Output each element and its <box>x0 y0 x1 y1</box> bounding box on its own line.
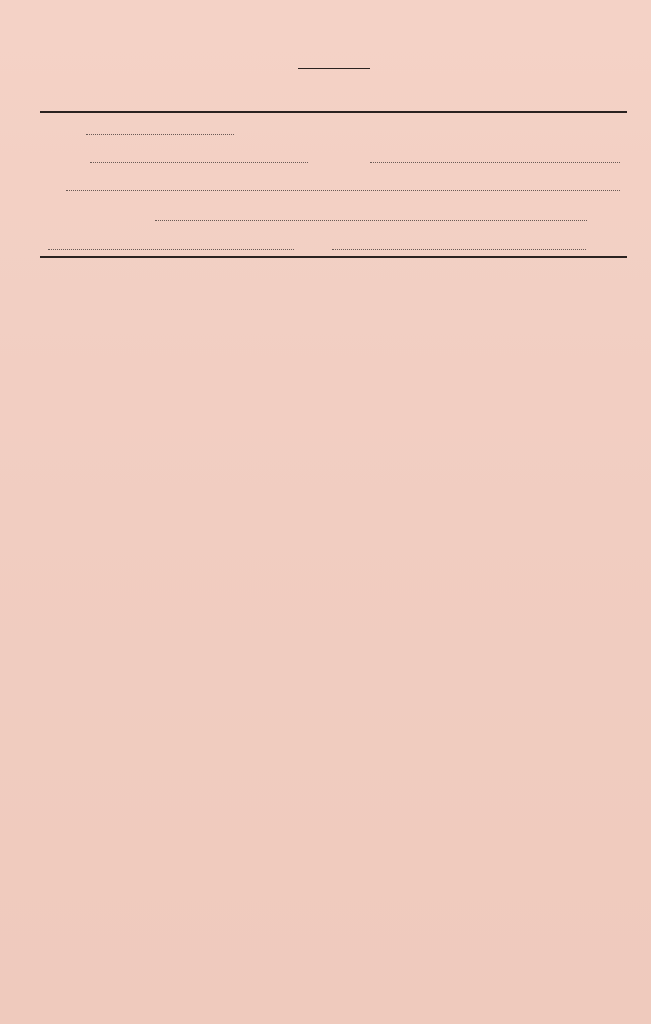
unit-line <box>66 190 620 191</box>
enlisted-line <box>155 220 587 221</box>
army-no-line <box>86 134 234 135</box>
question-6 <box>48 424 308 435</box>
divider <box>40 111 627 113</box>
question-3 <box>48 351 313 362</box>
divider <box>40 256 627 258</box>
question-5 <box>48 406 308 417</box>
header-underline <box>298 68 370 69</box>
state-line <box>48 249 294 250</box>
attestation-form-page <box>0 0 651 1024</box>
other-names-line <box>370 162 620 163</box>
question-2 <box>48 322 308 333</box>
question-4 <box>48 384 308 395</box>
surname-line <box>90 162 308 163</box>
question-1 <box>48 291 308 302</box>
date-line <box>332 249 586 250</box>
